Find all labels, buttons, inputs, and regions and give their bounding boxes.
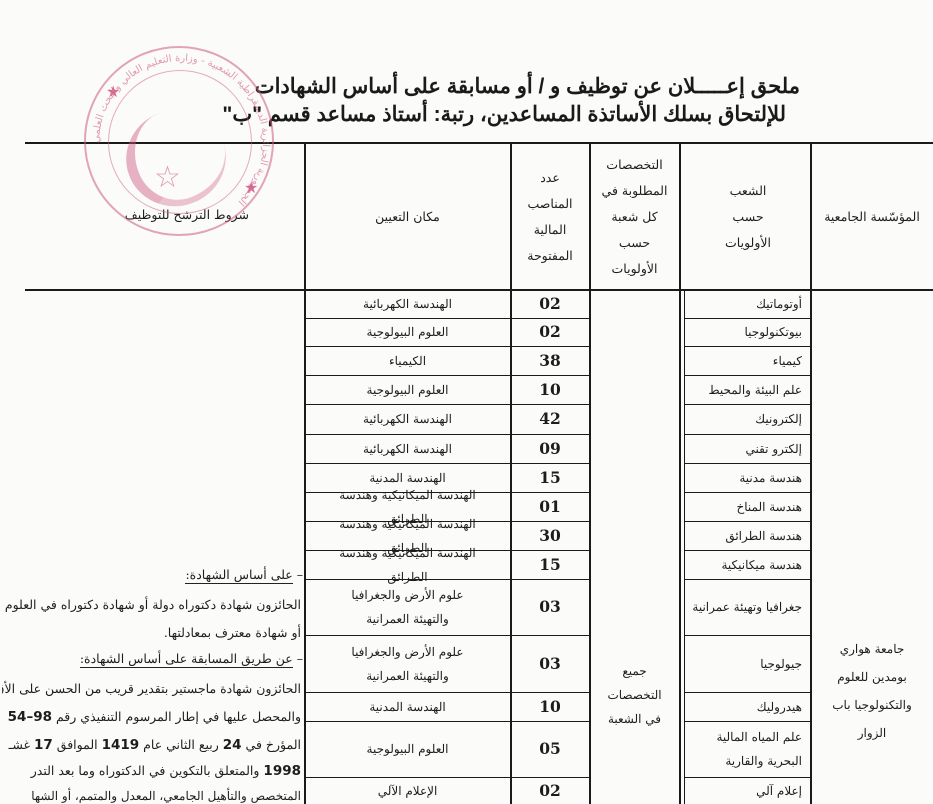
branch-cell: هندسة ميكانيكية [685,550,810,579]
branch-cell: جغرافيا وتهيئة عمرانية [685,579,810,635]
stamp-small-star-icon: ★ [106,82,120,101]
location-cell: الهندسة الكهربائية [305,434,510,463]
location-cell: الإعلام الآلي [305,777,510,804]
positions-cell: 15 [511,463,589,492]
conditions-heading-1: – على أساس الشهادة: [185,560,303,589]
branch-cell: بيوتكنولوجيا [685,318,810,346]
location-cell: الهندسة الكهربائية [305,404,510,434]
branch-cell: إلكترو تقني [685,434,810,463]
positions-cell: 02 [511,318,589,346]
header-positions: عدد المناصب المالية المفتوحة [511,144,589,289]
positions-cell: 42 [511,404,589,434]
branch-cell: إعلام آلي [685,777,810,804]
branch-cell: هيدروليك [685,692,810,721]
branch-cell: أوتوماتيك [685,290,810,318]
conditions-para2-line5: المتخصص والتأهيل الجامعي، المعدل والمتمم… [31,782,301,804]
positions-cell: 09 [511,434,589,463]
positions-cell: 10 [511,692,589,721]
header-institution: المؤسّسة الجامعية [811,144,933,289]
positions-cell: 10 [511,375,589,404]
svg-text:الجمهورية الجزائرية الديمقراطي: الجمهورية الجزائرية الديمقراطية الشعبية … [91,53,271,208]
positions-cell: 03 [511,635,589,692]
location-cell: العلوم البيولوجية [305,375,510,404]
institution-cell: جامعة هواري بومدين للعلوم والتكنولوجيا ب… [811,636,933,746]
header-location: مكان التعيين [305,144,510,289]
conditions-para1-line2: أو شهادة معترف بمعادلتها. [164,618,301,647]
document-title-line1: ملحق إعـــــلان عن توظيف و / أو مسابقة ع… [255,74,800,99]
positions-cell: 05 [511,721,589,777]
positions-cell: 38 [511,346,589,375]
positions-cell: 30 [511,521,589,550]
document-title-line2: للإلتحاق بسلك الأساتذة المساعدين، رتبة: … [222,102,786,127]
location-cell: الهندسة الميكانيكية وهندسة الطرائق [305,550,510,579]
location-cell: الهندسة المدنية [305,692,510,721]
conditions-para2-line1: الحائزون شهادة ماجستير بتقدير قريب من ال… [0,674,301,703]
conditions-para2-line2: والمحصل عليها في إطار المرسوم التنفيذي ر… [8,702,301,732]
branch-cell: كيمياء [685,346,810,375]
specialties-all-cell: جميع التخصصات في الشعبة [590,640,679,750]
location-cell: الهندسة الكهربائية [305,290,510,318]
branch-cell: جيولوجيا [685,635,810,692]
positions-cell: 03 [511,579,589,635]
location-cell: العلوم البيولوجية [305,318,510,346]
branch-cell: هندسة المناخ [685,492,810,521]
positions-cell: 15 [511,550,589,579]
location-cell: علوم الأرض والجغرافيا والتهيئة العمرانية [305,579,510,635]
branch-cell: علم المياه المالية البحرية والقارية [685,721,810,777]
positions-cell: 02 [511,777,589,804]
branch-cell: إلكترونيك [685,404,810,434]
branch-cell: علم البيئة والمحيط [685,375,810,404]
location-cell: علوم الأرض والجغرافيا والتهيئة العمرانية [305,635,510,692]
branch-cell: هندسة الطرائق [685,521,810,550]
location-cell: الكيمياء [305,346,510,375]
header-branches: الشعب حسب الأولويات [686,144,810,289]
conditions-heading-2: – عن طريق المسابقة على أساس الشهادة: [80,644,303,673]
location-cell: العلوم البيولوجية [305,721,510,777]
header-specialties: التخصصات المطلوبة في كل شعبة حسب الأولوي… [590,144,679,289]
positions-cell: 01 [511,492,589,521]
conditions-para1-line1: الحائزون شهادة دكتوراه دولة أو شهادة دكت… [5,590,301,619]
positions-cell: 02 [511,290,589,318]
header-conditions: شروط الترشح للتوظيف [70,195,304,235]
branch-cell: هندسة مدنية [685,463,810,492]
stamp-star-icon: ☆ [154,160,181,195]
